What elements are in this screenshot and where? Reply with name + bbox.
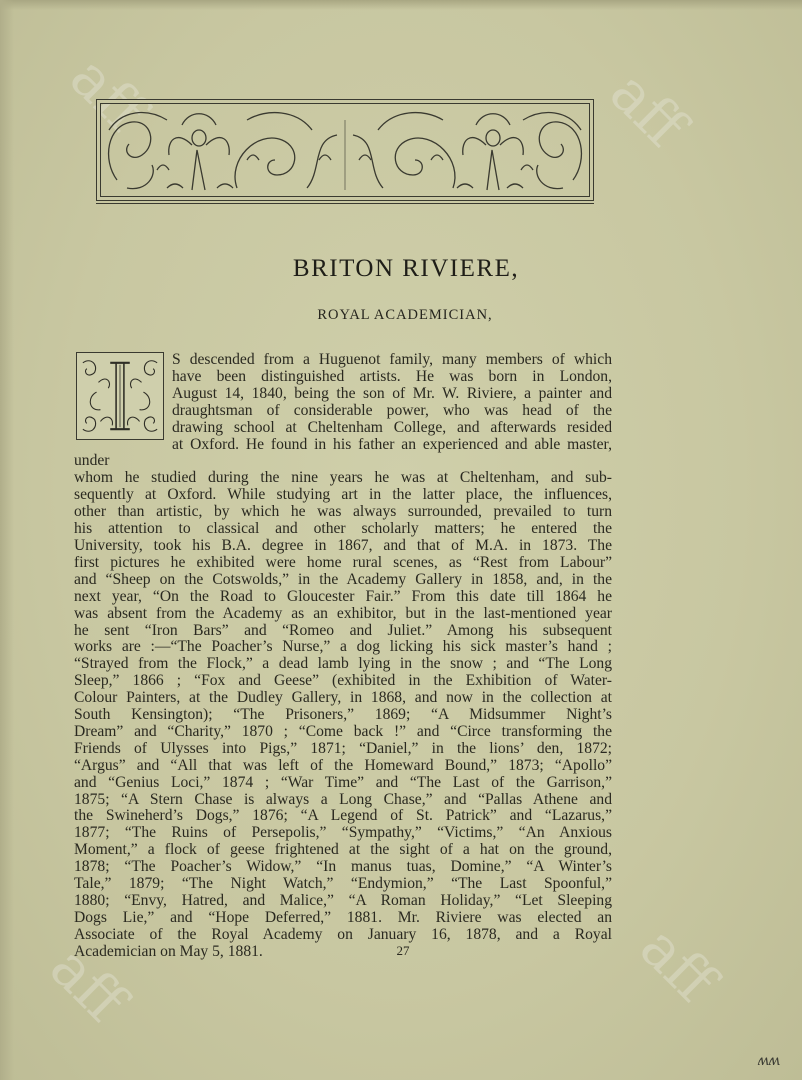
text-line: at Oxford. He found in his father an exp… bbox=[74, 437, 612, 471]
ornament-rule bbox=[96, 203, 594, 204]
text-line: he sent “Iron Bars” and “Romeo and Julie… bbox=[74, 623, 612, 640]
text-line: other than artistic, by which he was alw… bbox=[74, 504, 612, 521]
text-line: the Swineherd’s Dogs,” 1876; “A Legend o… bbox=[74, 808, 612, 825]
text-line: Friends of Ulysses into Pigs,” 1871; “Da… bbox=[74, 741, 612, 758]
text-line: Dogs Lie,” and “Hope Deferred,” 1881. Mr… bbox=[74, 910, 612, 927]
pencil-margin-mark: ʍʍ bbox=[757, 1053, 779, 1069]
page-number: 27 bbox=[0, 943, 802, 959]
text-line: was absent from the Academy as an exhibi… bbox=[74, 606, 612, 623]
decorative-scrollwork-band-icon bbox=[96, 99, 594, 201]
page-left-edge-shadow bbox=[0, 0, 14, 1080]
page-title: BRITON RIVIERE, bbox=[0, 255, 802, 283]
page-top-edge-shadow bbox=[0, 0, 802, 10]
book-page: aff aff aff aff bbox=[0, 0, 802, 1080]
text-line: University, took his B.A. degree in 1867… bbox=[74, 538, 612, 555]
text-line: South Kensington); “The Prisoners,” 1869… bbox=[74, 707, 612, 724]
text-line: whom he studied during the nine years he… bbox=[74, 470, 612, 487]
text-line: sequently at Oxford. While studying art … bbox=[74, 487, 612, 504]
text-line: 1877; “The Ruins of Persepolis,” “Sympat… bbox=[74, 825, 612, 842]
text-line: works are :—“The Poacher’s Nurse,” a dog… bbox=[74, 639, 612, 656]
text-line: Colour Painters, at the Dudley Gallery, … bbox=[74, 690, 612, 707]
biography-text: S descended from a Huguenot family, many… bbox=[74, 352, 612, 961]
text-line: “Argus” and “All that was left of the Ho… bbox=[74, 758, 612, 775]
text-line: Sleep,” 1866 ; “Fox and Geese” (exhibite… bbox=[74, 673, 612, 690]
text-line: and “Genius Loci,” 1874 ; “War Time” and… bbox=[74, 775, 612, 792]
watermark: aff bbox=[627, 913, 729, 1015]
text-line: next year, “On the Road to Gloucester Fa… bbox=[74, 589, 612, 606]
text-line: Dream” and “Charity,” 1870 ; “Come back … bbox=[74, 724, 612, 741]
text-line: 1880; “Envy, Hatred, and Malice,” “A Rom… bbox=[74, 893, 612, 910]
text-line: his attention to classical and other sch… bbox=[74, 521, 612, 538]
text-line: and “Sheep on the Cotswolds,” in the Aca… bbox=[74, 572, 612, 589]
text-line: first pictures he exhibited were home ru… bbox=[74, 555, 612, 572]
text-line: 1878; “The Poacher’s Widow,” “In manus t… bbox=[74, 859, 612, 876]
text-line: “Strayed from the Flock,” a dead lamb ly… bbox=[74, 656, 612, 673]
text-line: 1875; “A Stern Chase is always a Long Ch… bbox=[74, 792, 612, 809]
text-line: Moment,” a flock of geese frightened at … bbox=[74, 842, 612, 859]
text-line: Associate of the Royal Academy on Januar… bbox=[74, 927, 612, 944]
ornamental-initial-icon bbox=[76, 352, 164, 440]
watermark: aff bbox=[597, 58, 699, 160]
page-subtitle: ROYAL ACADEMICIAN, bbox=[0, 307, 802, 324]
text-line: Tale,” 1879; “The Night Watch,” “Endymio… bbox=[74, 876, 612, 893]
